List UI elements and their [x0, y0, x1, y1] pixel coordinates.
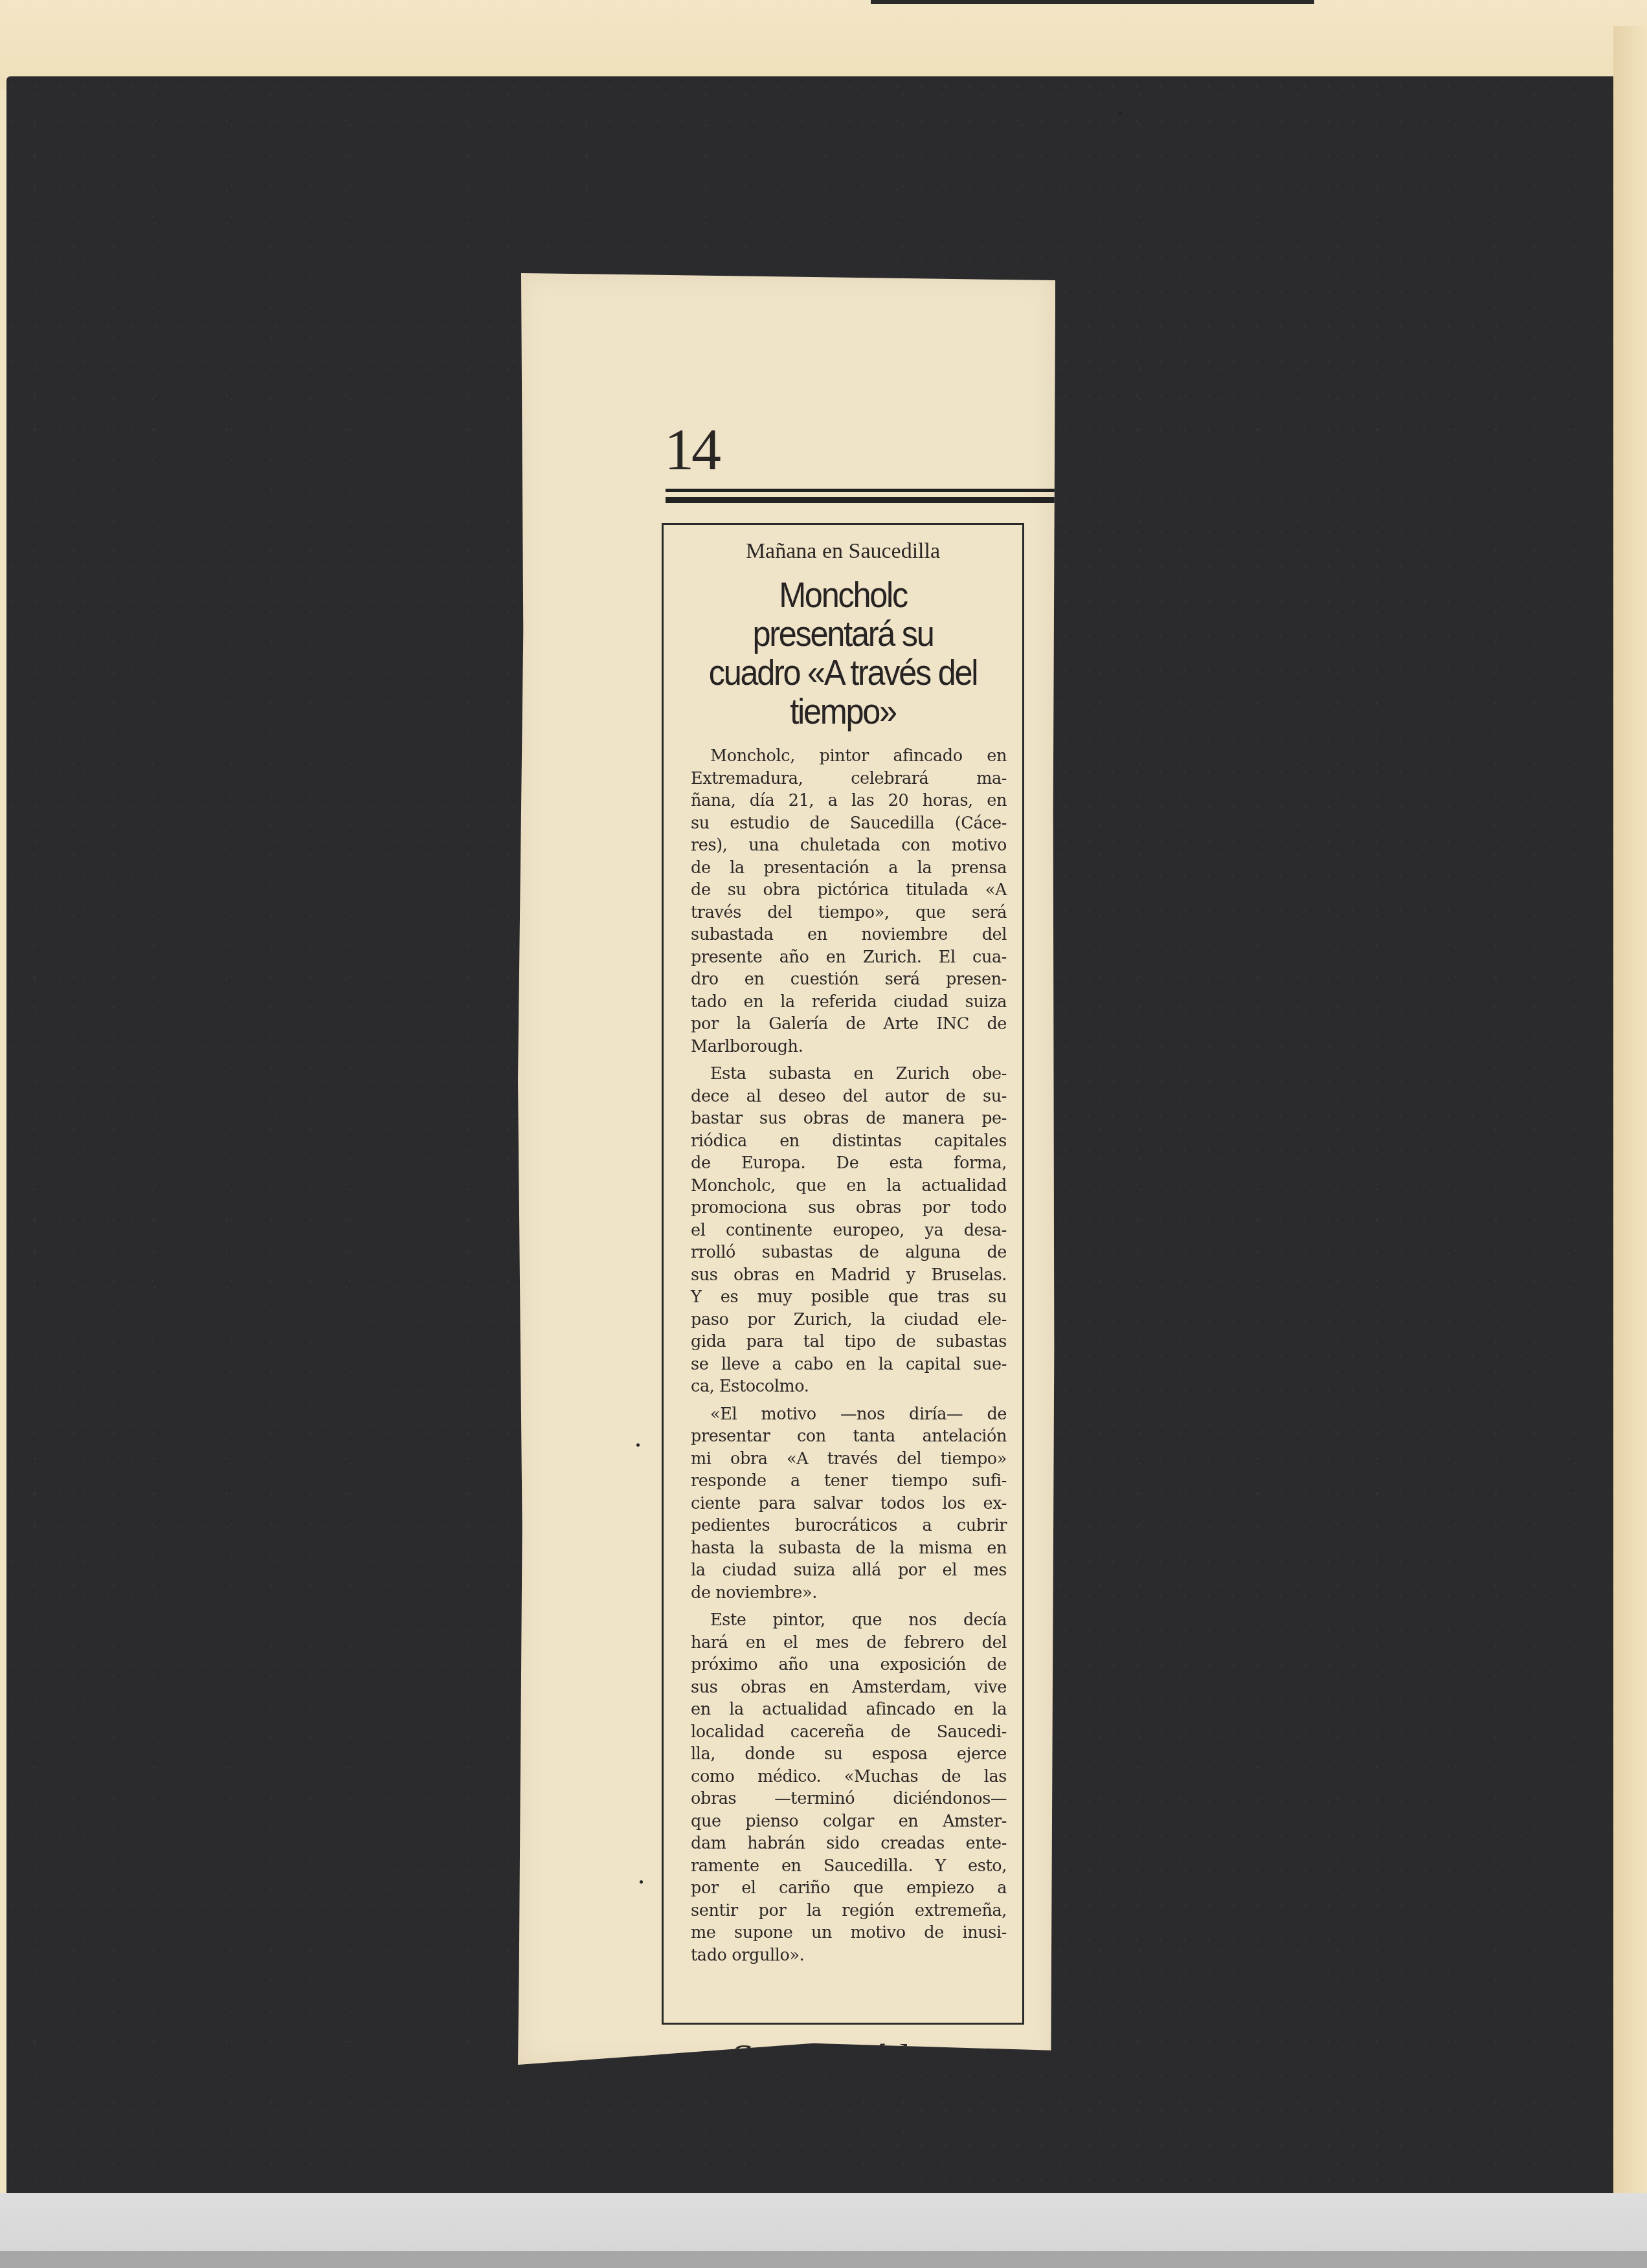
header-rule-thin	[666, 489, 1055, 492]
text-line: me supone un motivo de inusi-	[691, 1922, 1007, 1944]
article-body: Moncholc, pintor afincado en Extremadura…	[691, 745, 1007, 1966]
text-line: promociona sus obras por todo	[691, 1197, 1007, 1219]
headline-line: cuadro «A través del	[693, 653, 993, 692]
text-line: obras —terminó diciéndonos—	[691, 1788, 1007, 1810]
text-line: por la Galería de Arte INC de	[691, 1013, 1007, 1036]
text-line: tado en la referida ciudad suiza	[691, 991, 1007, 1014]
text-line: través del tiempo», que será	[691, 902, 1007, 924]
text-line: dece al deseo del autor de su-	[691, 1085, 1007, 1108]
text-line: res), una chuletada con motivo	[691, 834, 1007, 857]
scan-right-margin	[1613, 26, 1647, 2194]
paragraph-4: Este pintor, que nos decía hará en el me…	[691, 1609, 1007, 1966]
text-line: ramente en Saucedilla. Y esto,	[691, 1855, 1007, 1878]
text-line: presentar con tanta antelación	[691, 1425, 1007, 1448]
text-line: Extremadura, celebrará ma-	[691, 768, 1007, 790]
paper-speck	[640, 1880, 643, 1884]
text-line: «El motivo —nos diría— de	[691, 1403, 1007, 1426]
text-line: de noviembre».	[691, 1582, 1007, 1605]
text-line: ñana, día 21, a las 20 horas, en	[691, 790, 1007, 812]
scan-top-edge-strip	[871, 0, 1314, 4]
text-line: pedientes burocráticos a cubrir	[691, 1515, 1007, 1537]
paragraph-3: «El motivo —nos diría— de presentar con …	[691, 1403, 1007, 1605]
paragraph-1: Moncholc, pintor afincado en Extremadura…	[691, 745, 1007, 1058]
text-line: sus obras en Madrid y Bruselas.	[691, 1264, 1007, 1287]
text-line: sus obras en Amsterdam, vive	[691, 1676, 1007, 1699]
text-line: Moncholc, pintor afincado en	[691, 745, 1007, 768]
article-headline: Moncholc presentará su cuadro «A través …	[693, 575, 993, 731]
text-line: se lleve a cabo en la capital sue-	[691, 1353, 1007, 1376]
text-line: por el cariño que empiezo a	[691, 1877, 1007, 1900]
text-line: tado orgullo».	[691, 1944, 1007, 1967]
paper-speck	[1119, 111, 1122, 115]
text-line: de su obra pictórica titulada «A	[691, 879, 1007, 902]
text-line: de Europa. De esta forma,	[691, 1152, 1007, 1175]
text-line: bastar sus obras de manera pe-	[691, 1107, 1007, 1130]
text-line: subastada en noviembre del	[691, 924, 1007, 946]
text-line: como médico. «Muchas de las	[691, 1766, 1007, 1788]
text-line: gida para tal tipo de subastas	[691, 1331, 1007, 1353]
text-line: Moncholc, que en la actualidad	[691, 1175, 1007, 1197]
text-line: su estudio de Saucedilla (Cáce-	[691, 812, 1007, 835]
text-line: sentir por la región extremeña,	[691, 1900, 1007, 1922]
headline-line: presentará su	[693, 614, 993, 653]
scan-bottom-edge	[0, 2251, 1647, 2268]
text-line: que pienso colgar en Amster-	[691, 1810, 1007, 1833]
headline-line: Moncholc	[693, 575, 993, 614]
text-line: hará en el mes de febrero del	[691, 1632, 1007, 1654]
text-line: Marlborough.	[691, 1036, 1007, 1058]
text-line: de la presentación a la prensa	[691, 857, 1007, 880]
text-line: en la actualidad afincado en la	[691, 1698, 1007, 1721]
text-line: el continente europeo, ya desa-	[691, 1219, 1007, 1242]
article-kicker: Mañana en Saucedilla	[664, 539, 1022, 564]
text-line: hasta la subasta de la misma en	[691, 1537, 1007, 1560]
text-line: Esta subasta en Zurich obe-	[691, 1063, 1007, 1085]
newspaper-clipping: 14 Mañana en Saucedilla Moncholc present…	[518, 273, 1055, 2065]
text-line: responde a tener tiempo sufi-	[691, 1470, 1007, 1493]
text-line: mi obra «A través del tiempo»	[691, 1448, 1007, 1471]
text-line: ca, Estocolmo.	[691, 1375, 1007, 1398]
page-number: 14	[664, 419, 719, 479]
text-line: Y es muy posible que tras su	[691, 1286, 1007, 1309]
text-line: localidad cacereña de Saucedi-	[691, 1721, 1007, 1744]
article-box: Mañana en Saucedilla Moncholc presentará…	[662, 523, 1024, 2025]
paper-speck	[636, 1443, 640, 1447]
text-line: Este pintor, que nos decía	[691, 1609, 1007, 1632]
text-line: rrolló subastas de alguna de	[691, 1241, 1007, 1264]
text-line: riódica en distintas capitales	[691, 1130, 1007, 1153]
text-line: dam habrán sido creadas ente-	[691, 1832, 1007, 1855]
text-line: próximo año una exposición de	[691, 1654, 1007, 1676]
text-line: lla, donde su esposa ejerce	[691, 1743, 1007, 1766]
text-line: presente año en Zurich. El cua-	[691, 946, 1007, 969]
text-line: la ciudad suiza allá por el mes	[691, 1559, 1007, 1582]
header-rule-thick	[666, 497, 1055, 503]
text-line: paso por Zurich, la ciudad ele-	[691, 1309, 1007, 1331]
text-line: dro en cuestión será presen-	[691, 968, 1007, 991]
headline-line: tiempo»	[693, 692, 993, 731]
paragraph-2: Esta subasta en Zurich obe- dece al dese…	[691, 1063, 1007, 1398]
text-line: ciente para salvar todos los ex-	[691, 1493, 1007, 1515]
